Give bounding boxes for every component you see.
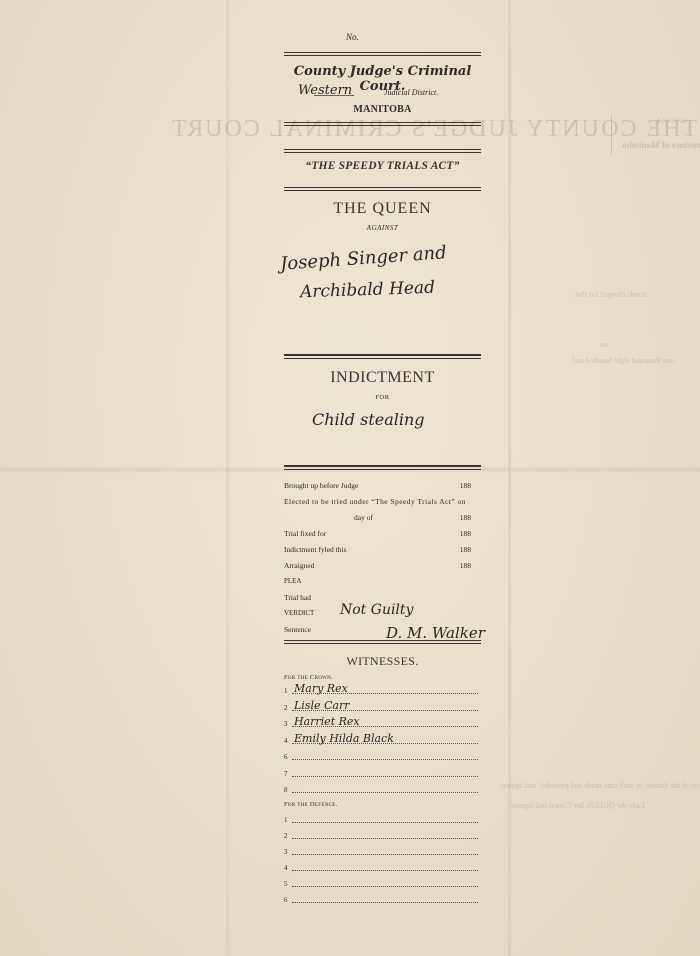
witness-name: Harriet Rex <box>294 715 360 728</box>
act-title: “THE SPEEDY TRIALS ACT” <box>284 160 481 172</box>
bleed-through-province: Province of Manitoba. <box>620 140 700 150</box>
indictment-title: INDICTMENT <box>284 369 481 387</box>
record-row-trial-fixed: Trial fixed for 188 <box>284 529 481 538</box>
bleed-through-header: THE COUNTY JUDGE'S CRIMINAL COURT <box>170 116 697 143</box>
against-label: AGAINST <box>284 224 481 232</box>
defence-witness-5: 5 <box>284 877 478 889</box>
witnesses-title: WITNESSES. <box>284 654 481 669</box>
district-blank-line <box>314 95 354 96</box>
crown-witness-6: 6 <box>284 750 478 762</box>
record-row-brought-up: Brought up before Judge 188 <box>284 481 481 490</box>
record-label: VERDICT <box>284 609 314 617</box>
rule-6 <box>284 465 481 470</box>
record-label: Brought up before Judge <box>284 481 358 490</box>
witness-name: Lisle Carr <box>294 699 349 712</box>
bleed-through-on: on <box>600 340 608 349</box>
number-label: No. <box>346 32 359 42</box>
crown-label: For the Crown. <box>284 674 333 681</box>
rule-3 <box>284 149 481 153</box>
record-label: Elected to be tried under “The Speedy Tr… <box>284 497 466 506</box>
bleed-through-one-thousand: one thousand eight hundred and <box>572 356 674 365</box>
record-label: PLEA <box>284 577 302 585</box>
witness-name: Mary Rex <box>294 682 348 695</box>
record-label: Sentence <box>284 625 311 634</box>
district-label: Judicial District. <box>384 88 438 97</box>
record-label: Indictment fyled this <box>284 545 347 554</box>
rule-2 <box>284 122 481 126</box>
bleed-through-bracket <box>611 115 612 155</box>
crown-witness-8: 8 <box>284 783 478 795</box>
record-year: 188 <box>460 545 471 554</box>
rule-4 <box>284 187 481 191</box>
record-row-indictment-fyled: Indictment fyled this 188 <box>284 545 481 554</box>
charge-handwritten: Child stealing <box>312 410 425 429</box>
province-label: MANITOBA <box>284 104 481 115</box>
rule-5 <box>284 354 481 359</box>
record-row-plea: PLEA <box>284 577 481 585</box>
record-year: 188 <box>460 513 471 522</box>
record-row-trial-had: Trial had <box>284 593 481 602</box>
bleed-through-stands-charged: stands charged for that <box>575 290 648 299</box>
defence-witness-2: 2 <box>284 829 478 841</box>
record-row-arraigned: Arraigned 188 <box>284 561 481 570</box>
rule-7 <box>284 640 481 644</box>
bleed-through-canada: CANADA, <box>655 117 687 125</box>
defence-witness-6: 6 <box>284 893 478 905</box>
bleed-through-against-form: Against the form of the Statute, in such… <box>500 781 700 790</box>
record-label: Arraigned <box>284 561 314 570</box>
crown-witness-7: 7 <box>284 767 478 779</box>
record-year: 188 <box>460 561 471 570</box>
for-label: FOR <box>284 394 481 401</box>
top-rule <box>284 52 481 56</box>
defence-witness-1: 1 <box>284 813 478 825</box>
record-year: 188 <box>460 481 471 490</box>
record-label: Trial fixed for <box>284 529 326 538</box>
record-year: 188 <box>460 529 471 538</box>
defence-witness-3: 3 <box>284 845 478 857</box>
crown-witness-2: 2Lisle Carr <box>284 701 478 713</box>
district-line: Western Judicial District. <box>284 83 481 99</box>
crown-witness-1: 1Mary Rex <box>284 684 478 696</box>
bleed-through-lady-queen: Lady the QUEEN, her Crown and dignity. <box>510 801 645 810</box>
defence-witness-4: 4 <box>284 861 478 873</box>
crown-witness-4: 4Emily Hilda Black <box>284 734 478 746</box>
record-row-elected: Elected to be tried under “The Speedy Tr… <box>284 497 481 506</box>
record-label: day of <box>354 513 373 522</box>
verdict-handwritten: Not Guilty <box>340 602 413 618</box>
defence-label: For the Defence. <box>284 801 338 808</box>
record-label: Trial had <box>284 593 311 602</box>
plaintiff: THE QUEEN <box>284 200 481 218</box>
witness-name: Emily Hilda Black <box>294 732 394 745</box>
crown-witness-3: 3Harriet Rex <box>284 717 478 729</box>
